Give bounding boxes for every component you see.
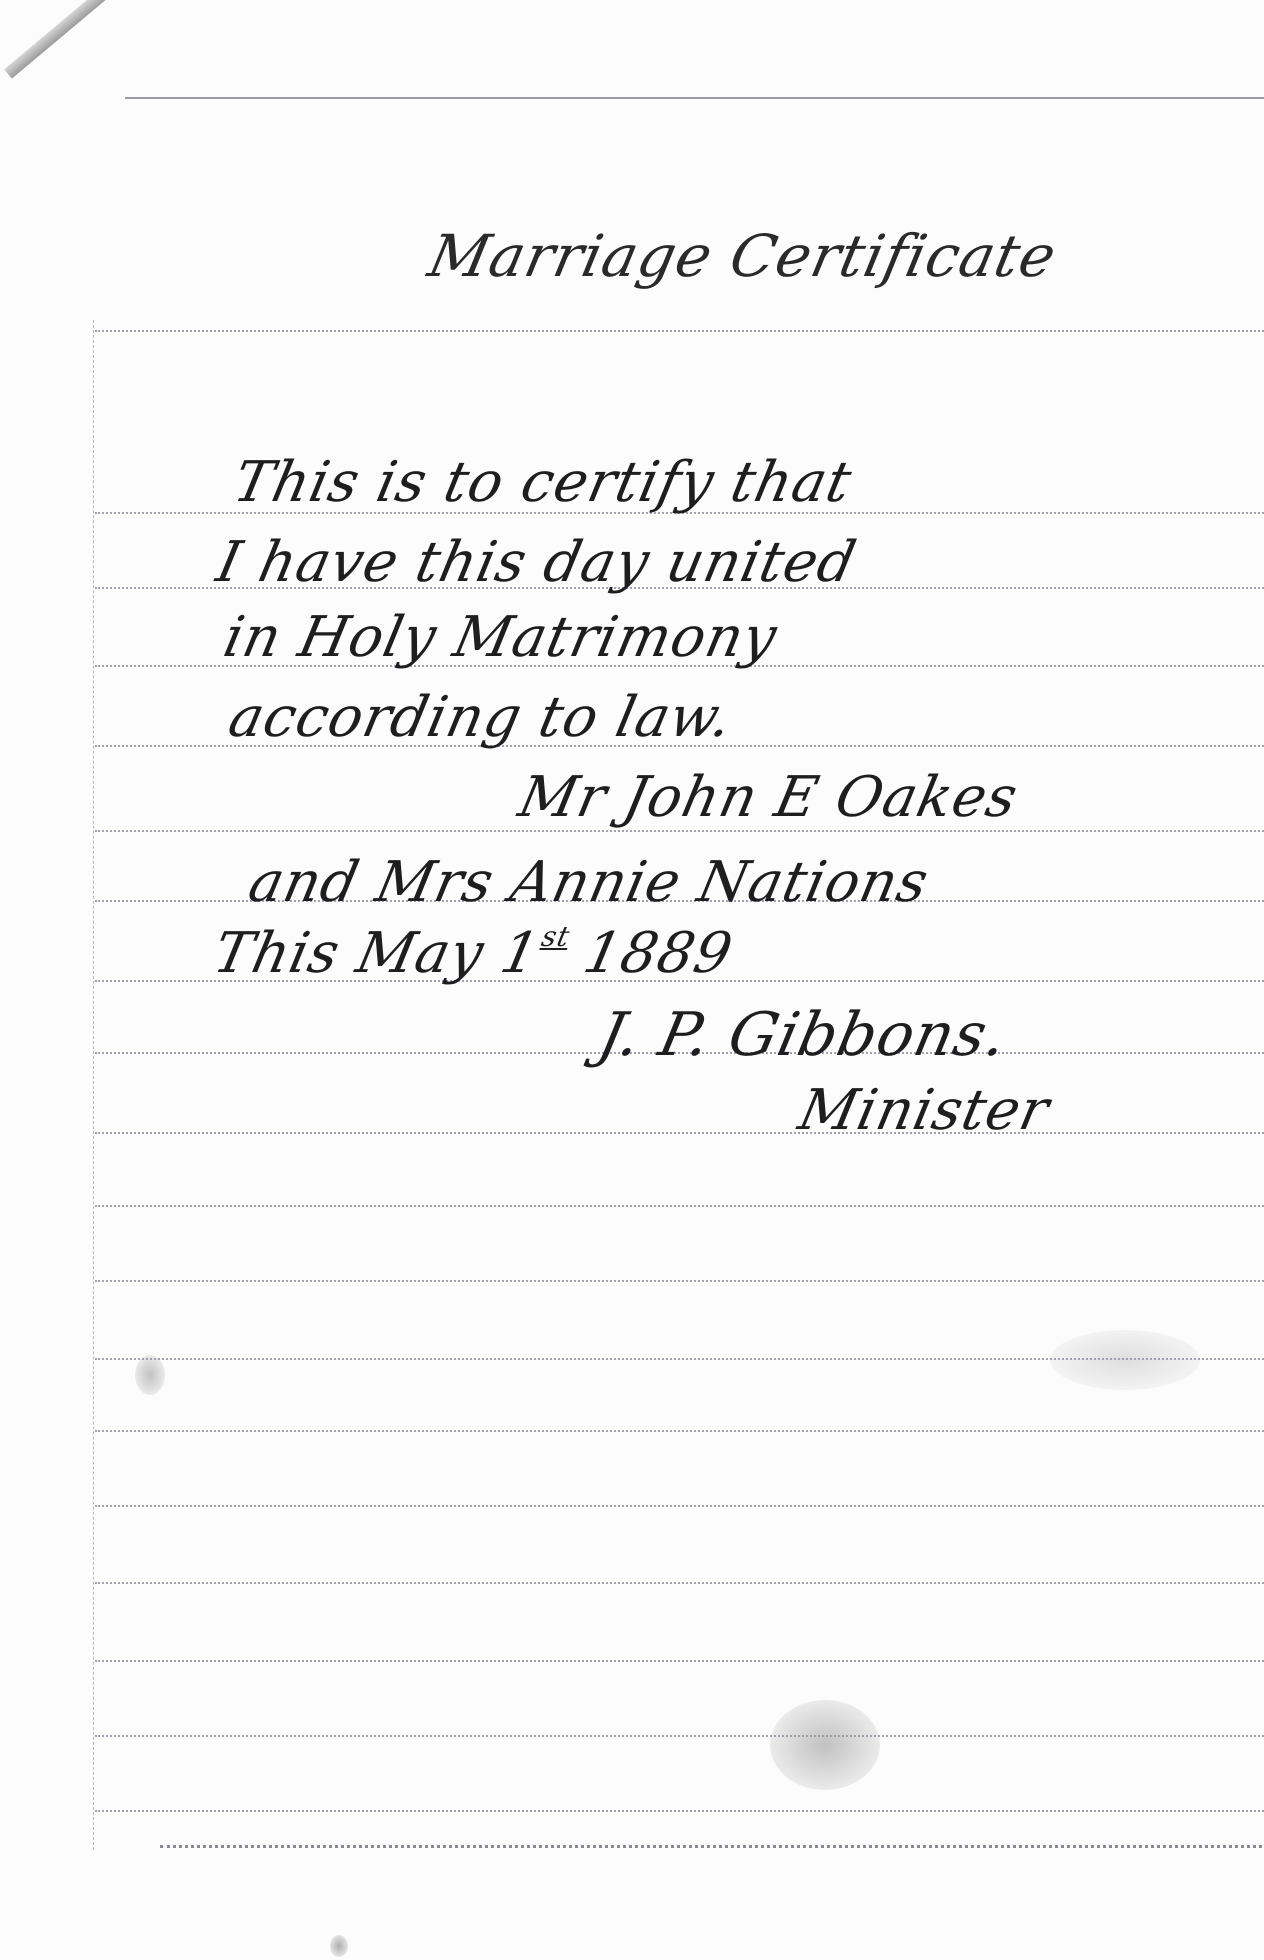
body-line: I have this day united [211,530,862,595]
folded-corner-shadow [4,0,188,79]
ink-smudge [135,1355,165,1395]
minister-signature: J. P. Gibbons. [593,1000,1014,1070]
date-year: 1889 [578,921,738,986]
ruled-line [95,1660,1264,1662]
date-prefix: This May 1 [208,921,545,986]
ruled-line [95,1132,1264,1134]
ruled-line [95,1205,1264,1207]
ink-spot [330,1935,348,1957]
signer-role: Minister [793,1078,1055,1143]
ruled-line [95,1810,1264,1812]
ruled-line [95,1280,1264,1282]
ink-smudge [770,1700,880,1790]
bride-name: and Mrs Annie Nations [243,850,934,915]
certificate-title: Marriage Certificate [423,222,1063,290]
ruled-line [95,830,1264,832]
body-line: This is to certify that [228,450,857,515]
body-line: according to law. [223,685,738,750]
top-edge-line [125,97,1264,99]
body-line: in Holy Matrimony [218,605,783,670]
groom-name: Mr John E Oakes [513,765,1024,830]
ruled-line [95,1735,1264,1737]
date-ordinal: st [539,920,574,953]
ruled-line [95,330,1264,332]
ruled-line [95,1430,1264,1432]
scanned-page: Marriage Certificate This is to certify … [0,0,1264,1960]
ruled-line [95,1582,1264,1584]
bottom-edge-line [160,1845,1264,1848]
ink-smudge [1050,1330,1200,1390]
date-line: This May 1st 1889 [208,920,739,986]
left-margin-line [93,320,95,1850]
ruled-line [95,1505,1264,1507]
